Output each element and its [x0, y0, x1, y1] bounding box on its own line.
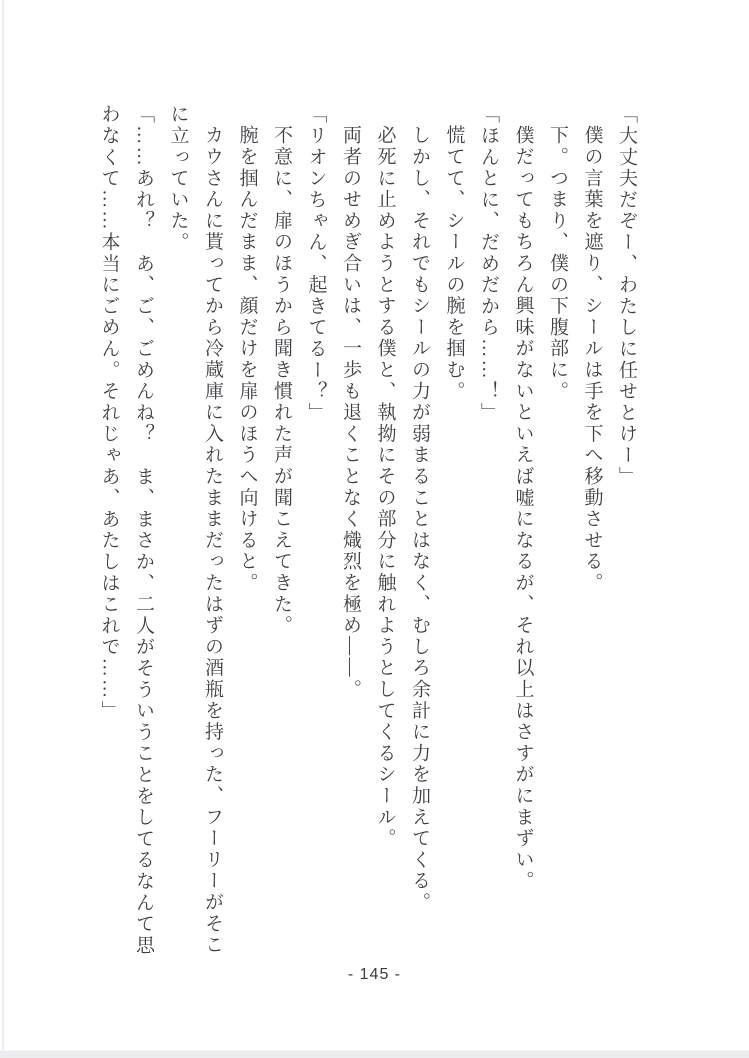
paragraph: 「ほんとに、だめだから……！」 — [471, 104, 506, 956]
page-number: - 145 - — [0, 966, 749, 984]
paragraph: 不意に、扉のほうから聞き慣れた声が聞こえてきた。 — [264, 104, 299, 956]
paragraph: 「リオンちゃん、起きてるー？」 — [298, 104, 333, 956]
paragraph: 「……あれ？ あ、ご、ごめんね？ ま、まさか、二人がそういうことをしてるなんて思… — [91, 104, 160, 956]
paragraph: 両者のせめぎ合いは、一歩も退くことなく熾烈を極め——。 — [333, 104, 368, 956]
document-page: 「大丈夫だぞー、わたしに任せとけー」僕の言葉を遮り、シールは手を下へ移動させる。… — [0, 0, 749, 1058]
paragraph: 腕を掴んだまま、顔だけを扉のほうへ向けると。 — [229, 104, 264, 956]
page-edge-line — [2, 0, 4, 1050]
paragraph: 下。つまり、僕の下腹部に。 — [540, 104, 575, 956]
viewer-page-gap — [0, 1050, 749, 1058]
paragraph: 僕の言葉を遮り、シールは手を下へ移動させる。 — [574, 104, 609, 956]
paragraph: カウさんに貰ってから冷蔵庫に入れたままだったはずの酒瓶を持った、フーリーがそこに… — [160, 104, 229, 956]
paragraph: しかし、それでもシールの力が弱まることはなく、むしろ余計に力を加えてくる。 — [402, 104, 437, 956]
text-block: 「大丈夫だぞー、わたしに任せとけー」僕の言葉を遮り、シールは手を下へ移動させる。… — [91, 104, 643, 956]
paragraph: 僕だってもちろん興味がないといえば嘘になるが、それ以上はさすがにまずい。 — [505, 104, 540, 956]
paragraph: 「大丈夫だぞー、わたしに任せとけー」 — [609, 104, 644, 956]
paragraph: 必死に止めようとする僕と、執拗にその部分に触れようとしてくるシール。 — [367, 104, 402, 956]
paragraph: 慌てて、シールの腕を掴む。 — [436, 104, 471, 956]
